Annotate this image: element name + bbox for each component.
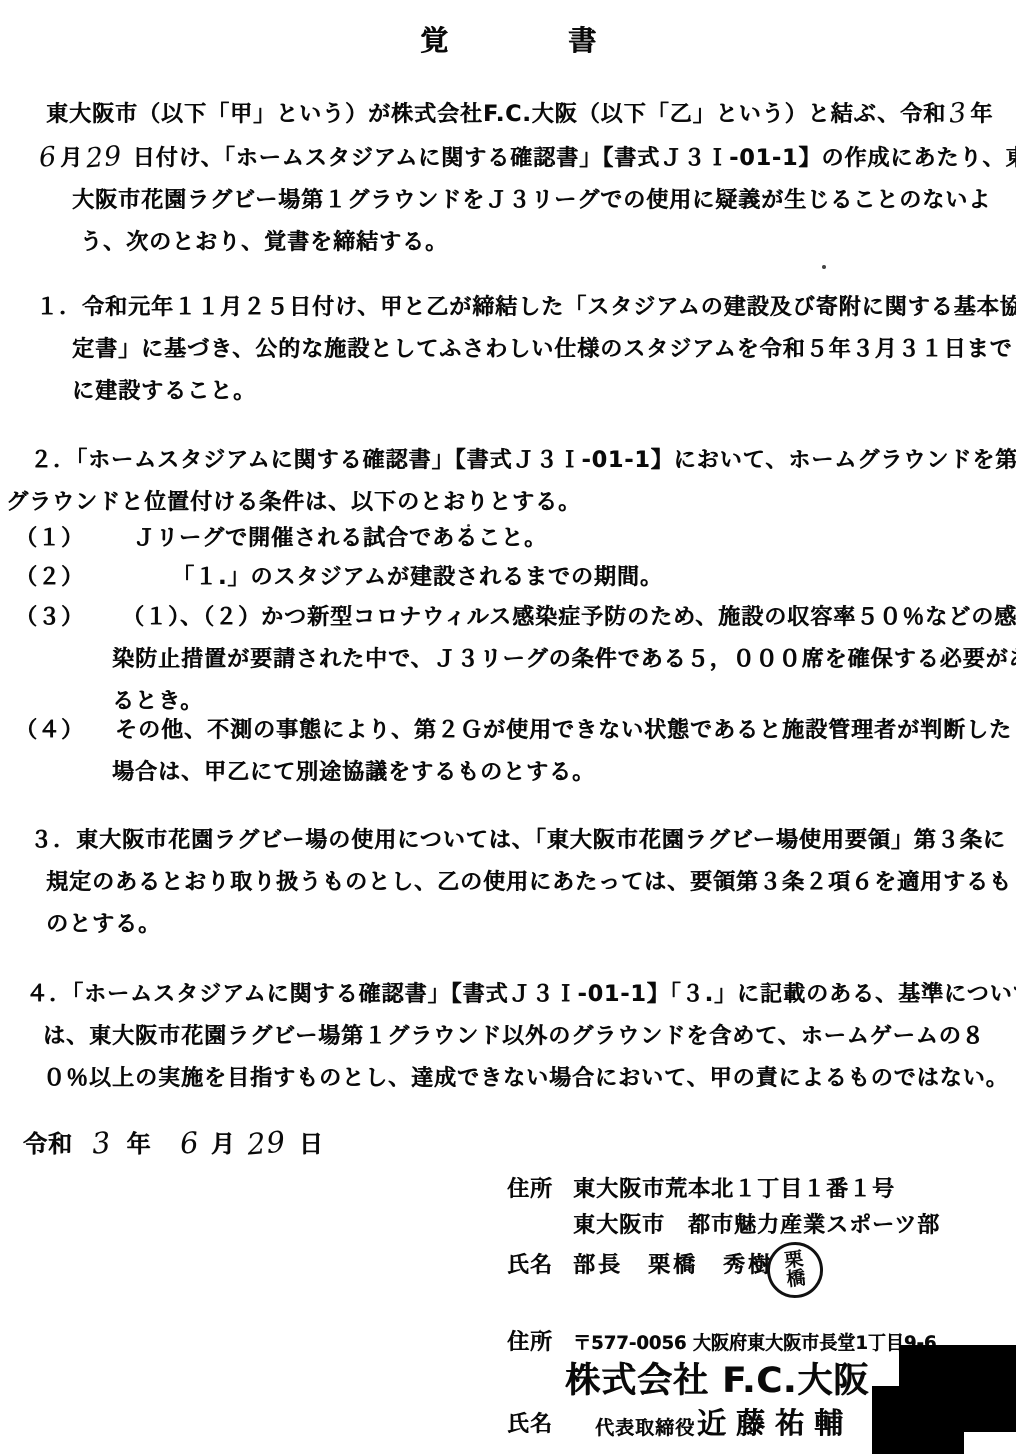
handwritten-year: 3 bbox=[944, 92, 972, 136]
city-address-value: 東大阪市荒本北１丁目１番１号 bbox=[573, 1177, 895, 1202]
clause-4-line-3: ０％以上の実施を目指すものとし、達成できない場合において、甲の責によるものではな… bbox=[43, 1058, 1016, 1100]
subclause-1-line-1: （１）Ｊリーグで開催される試合であること。 bbox=[15, 518, 1016, 560]
redaction-block-2 bbox=[872, 1386, 1016, 1432]
intro-line-3: 大阪市花園ラグビー場第１グラウンドをＪ３リーグでの使用に疑義が生じることのないよ bbox=[72, 180, 1016, 222]
city-name-label: 氏名 bbox=[507, 1248, 573, 1279]
subclause-3: （３）（１）、（２）かつ新型コロナウィルス感染症予防のため、施設の収容率５０％な… bbox=[15, 597, 1016, 723]
intro-line-1: 東大阪市（以下「甲」という）が株式会社F.C.大阪（以下「乙」という）と結ぶ、令… bbox=[46, 92, 1016, 136]
handwritten-date-day: 29 bbox=[243, 1124, 291, 1162]
subclause-2-text: 「１.」のスタジアムが建設されるまでの期間。 bbox=[172, 565, 663, 590]
subclause-4-text: その他、不測の事態により、第２Ｇが使用できない状態であると施設管理者が判断した bbox=[115, 718, 1012, 743]
intro-paragraph: 東大阪市（以下「甲」という）が株式会社F.C.大阪（以下「乙」という）と結ぶ、令… bbox=[0, 92, 1016, 264]
subclause-4-line-2: 場合は、甲乙にて別途協議をするものとする。 bbox=[112, 752, 1016, 794]
city-department-row: 東大阪市 都市魅力産業スポーツ部 bbox=[573, 1208, 940, 1239]
company-address-row: 住所〒577-0056 大阪府東大阪市長堂1丁目9-6 bbox=[507, 1325, 956, 1356]
clause-3-line-3: のとする。 bbox=[46, 904, 1016, 946]
subclause-2-line-1: （２）「１.」のスタジアムが建設されるまでの期間。 bbox=[15, 557, 1016, 599]
date-year-label: 年 bbox=[126, 1130, 151, 1158]
city-name-row: 氏名部長 栗橋 秀樹 bbox=[507, 1248, 773, 1279]
intro-line-2-text: 日付け、「ホームスタジアムに関する確認書」【書式Ｊ３Ｉ-01-1】の作成にあたり… bbox=[133, 146, 1016, 171]
subclause-1: （１）Ｊリーグで開催される試合であること。 bbox=[15, 518, 1016, 560]
clause-2: ２．「ホームスタジアムに関する確認書」【書式Ｊ３Ｉ-01-1】において、ホームグ… bbox=[0, 440, 1016, 524]
handwritten-day: 29 bbox=[81, 135, 127, 181]
subclause-2-label: （２） bbox=[15, 557, 84, 599]
redaction-block-1 bbox=[899, 1345, 1016, 1388]
subclause-1-label: （１） bbox=[15, 518, 84, 560]
seal-char-bottom: 橋 bbox=[786, 1269, 807, 1290]
subclause-3-line-2: 染防止措置が要請された中で、Ｊ３リーグの条件である５，０００席を確保する必要があ bbox=[112, 639, 1016, 681]
handwritten-date-month: 6 bbox=[176, 1125, 204, 1161]
subclause-4-label: （４） bbox=[15, 710, 84, 752]
date-day-label: 日 bbox=[299, 1130, 324, 1158]
clause-3-line-1: ３．東大阪市花園ラグビー場の使用については、「東大阪市花園ラグビー場使用要領」第… bbox=[30, 820, 1016, 862]
date-month-label: 月 bbox=[211, 1130, 236, 1158]
subclause-1-text: Ｊリーグで開催される試合であること。 bbox=[133, 526, 547, 551]
handwritten-date-year: 3 bbox=[88, 1125, 116, 1161]
scan-speck bbox=[822, 265, 826, 269]
company-address-value: 〒577-0056 大阪府東大阪市長堂1丁目9-6 bbox=[573, 1328, 936, 1355]
company-signer-name: 近藤祐輔 bbox=[697, 1401, 853, 1442]
document-title: 覚 書 bbox=[0, 20, 1016, 62]
company-name-label: 氏名 bbox=[507, 1407, 553, 1438]
company-stamp: 株式会社 F.C.大阪 bbox=[565, 1353, 869, 1403]
clause-3: ３．東大阪市花園ラグビー場の使用については、「東大阪市花園ラグビー場使用要領」第… bbox=[0, 820, 1016, 946]
clause-1-line-3: に建設すること。 bbox=[72, 371, 1016, 413]
date-text: 令和3年6月29日 bbox=[23, 1124, 324, 1159]
handwritten-month: 6 bbox=[34, 136, 62, 180]
clause-3-line-2: 規定のあるとおり取り扱うものとし、乙の使用にあたっては、要領第３条２項６を適用す… bbox=[46, 862, 1016, 904]
intro-line-1-text: 東大阪市（以下「甲」という）が株式会社F.C.大阪（以下「乙」という）と結ぶ、令… bbox=[46, 102, 946, 127]
scan-speck bbox=[467, 524, 470, 527]
clause-1-line-1: １．令和元年１１月２５日付け、甲と乙が締結した「スタジアムの建設及び寄附に関する… bbox=[36, 287, 1016, 329]
company-address-label: 住所 bbox=[507, 1325, 573, 1356]
intro-line-2: 6月29日付け、「ホームスタジアムに関する確認書」【書式Ｊ３Ｉ-01-1】の作成… bbox=[36, 136, 1016, 180]
subclause-3-text: （１）、（２）かつ新型コロナウィルス感染症予防のため、施設の収容率５０％などの感 bbox=[122, 605, 1016, 630]
clause-4-line-1: ４．「ホームスタジアムに関する確認書」【書式Ｊ３Ｉ-01-1】「３.」に記載のあ… bbox=[26, 974, 1016, 1016]
date-era: 令和 bbox=[23, 1130, 73, 1158]
subclause-3-line-1: （３）（１）、（２）かつ新型コロナウィルス感染症予防のため、施設の収容率５０％な… bbox=[15, 597, 1016, 639]
city-name-value: 部長 栗橋 秀樹 bbox=[573, 1253, 773, 1278]
kurihashi-seal: 栗 橋 bbox=[764, 1239, 826, 1301]
subclause-2: （２）「１.」のスタジアムが建設されるまでの期間。 bbox=[15, 557, 1016, 599]
redaction-block-3 bbox=[872, 1430, 964, 1454]
intro-month-label: 月 bbox=[60, 146, 83, 171]
intro-year-suffix: 年 bbox=[970, 102, 993, 127]
city-address-label: 住所 bbox=[507, 1172, 573, 1203]
subclause-4: （４）その他、不測の事態により、第２Ｇが使用できない状態であると施設管理者が判断… bbox=[15, 710, 1016, 794]
company-signer-title: 代表取締役 bbox=[595, 1413, 695, 1440]
intro-line-4: う、次のとおり、覚書を締結する。 bbox=[80, 222, 1016, 264]
clause-1: １．令和元年１１月２５日付け、甲と乙が締結した「スタジアムの建設及び寄附に関する… bbox=[0, 287, 1016, 413]
subclause-4-line-1: （４）その他、不測の事態により、第２Ｇが使用できない状態であると施設管理者が判断… bbox=[15, 710, 1016, 752]
clause-1-line-2: 定書」に基づき、公的な施設としてふさわしい仕様のスタジアムを令和５年３月３１日ま… bbox=[72, 329, 1016, 371]
clause-2-line-1: ２．「ホームスタジアムに関する確認書」【書式Ｊ３Ｉ-01-1】において、ホームグ… bbox=[30, 440, 1016, 482]
date-line: 令和3年6月29日 bbox=[23, 1124, 324, 1159]
clause-4: ４．「ホームスタジアムに関する確認書」【書式Ｊ３Ｉ-01-1】「３.」に記載のあ… bbox=[0, 974, 1016, 1100]
subclause-3-label: （３） bbox=[15, 597, 84, 639]
city-address-row: 住所東大阪市荒本北１丁目１番１号 bbox=[507, 1172, 895, 1203]
clause-4-line-2: は、東大阪市花園ラグビー場第１グラウンド以外のグラウンドを含めて、ホームゲームの… bbox=[43, 1016, 1016, 1058]
memorandum-page: 覚 書 東大阪市（以下「甲」という）が株式会社F.C.大阪（以下「乙」という）と… bbox=[0, 0, 1016, 1454]
